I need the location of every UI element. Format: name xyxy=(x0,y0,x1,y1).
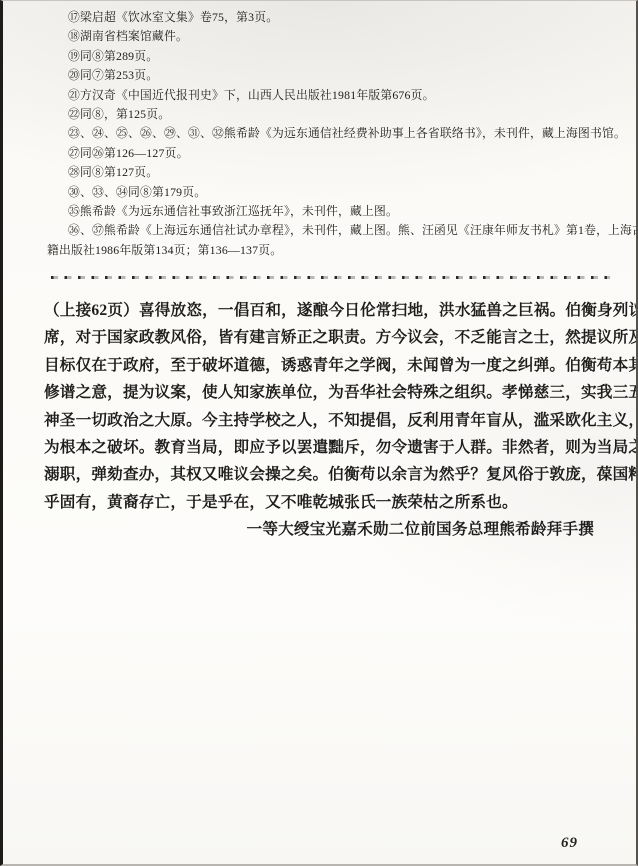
page-number: 69 xyxy=(561,835,578,852)
footnotes-section: ⑰梁启超《饮冰室文集》卷75，第3页。 ⑱湖南省档案馆藏件。 ⑲同⑧第289页。… xyxy=(47,8,616,260)
footnote-line: ㊱、㊲熊希龄《上海远东通信社试办章程》，未刊件，藏上图。熊、汪函见《汪康年师友书… xyxy=(47,221,616,240)
signature-line: 一等大绶宝光嘉禾勋二位前国务总理熊希龄拜手撰 xyxy=(44,516,608,543)
footnote-line: ㉑方汉奇《中国近代报刊史》下，山西人民出版社1981年版第676页。 xyxy=(47,86,616,105)
footnote-line: ㉘同⑧第127页。 xyxy=(47,163,616,182)
footnote-line: ㉗同㉖第126—127页。 xyxy=(47,144,616,163)
body-text-line: 溺职，弹劾查办，其权又唯议会操之矣。伯衡苟以余言为然乎？复风俗于敦庞，葆国粹 xyxy=(44,461,608,488)
footnote-line: ⑳同⑦第253页。 xyxy=(47,66,616,85)
body-text-line: 修谱之意，提为议案，使人知家族单位，为吾华社会特殊之组织。孝悌慈三，实我三五 xyxy=(44,379,608,406)
body-text-line: 乎固有，黄裔存亡，于是乎在，又不唯乾城张氏一族荣枯之所系也。 xyxy=(44,489,608,516)
footnote-line: ㉒同⑧，第125页。 xyxy=(47,105,616,124)
body-text-line: 席，对于国家政教风俗，皆有建言矫正之职责。方今议会，不乏能言之士，然提议所及， xyxy=(44,324,608,351)
footnote-line: ㉓、㉔、㉕、㉖、㉙、㉛、㉜熊希龄《为远东通信社经费补助事上各省联络书》，未刊件，… xyxy=(47,124,616,143)
document-page: ⑰梁启超《饮冰室文集》卷75，第3页。 ⑱湖南省档案馆藏件。 ⑲同⑧第289页。… xyxy=(0,0,638,866)
footnote-line: ㉟熊希龄《为远东通信社事致浙江巡抚年》，未刊件，藏上图。 xyxy=(47,202,616,221)
footnote-line: ⑰梁启超《饮冰室文集》卷75，第3页。 xyxy=(47,8,616,27)
body-text-line: 目标仅在于政府，至于破坏道德，诱惑青年之学阀，未闻曾为一度之纠弹。伯衡苟本其 xyxy=(44,352,608,379)
body-text-line: （上接62页）喜得放恣，一倡百和，遂酿今日伦常扫地，洪水猛兽之巨祸。伯衡身列议 xyxy=(44,297,608,324)
footnote-line: ㉚、㉝、㉞同⑧第179页。 xyxy=(47,183,616,202)
footnote-line: ⑱湖南省档案馆藏件。 xyxy=(47,27,616,46)
body-section: （上接62页）喜得放恣，一倡百和，遂酿今日伦常扫地，洪水猛兽之巨祸。伯衡身列议 … xyxy=(44,297,608,544)
body-text-line: 为根本之破坏。教育当局，即应予以罢遣黜斥，勿令遗害于人群。非然者，则为当局之 xyxy=(44,434,608,461)
footnote-continuation-line: 籍出版社1986年版第134页；第136—137页。 xyxy=(47,241,616,260)
footnote-line: ⑲同⑧第289页。 xyxy=(47,47,616,66)
section-divider xyxy=(51,276,610,279)
body-text-line: 神圣一切政治之大原。今主持学校之人，不知提倡，反利用青年盲从，滥采欧化主义， xyxy=(44,407,608,434)
